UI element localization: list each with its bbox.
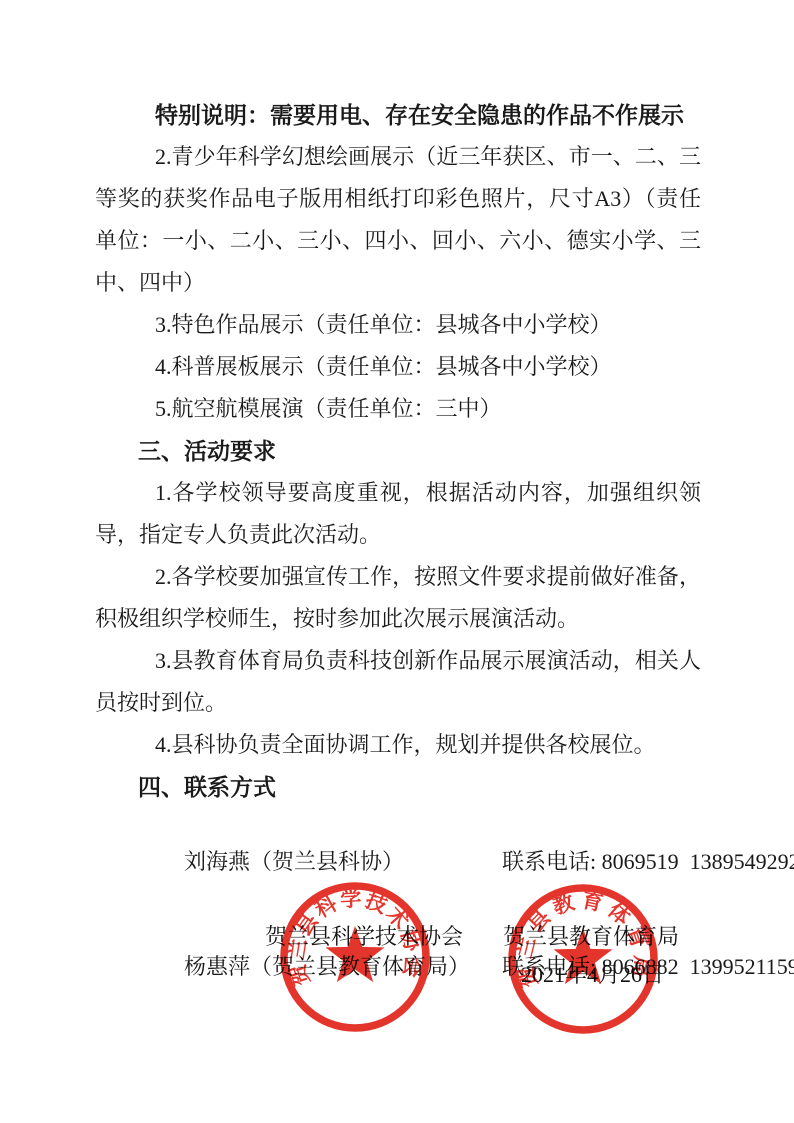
signature-science-association: 贺兰县科学技术协会 — [265, 924, 463, 950]
paragraph-item-2: 2.青少年科学幻想绘画展示（近三年获区、市一、二、三等奖的获奖作品电子版用相纸打… — [95, 136, 701, 304]
signature-date: 2021年4月26日 — [521, 962, 664, 988]
paragraph-requirement-2: 2.各学校要加强宣传工作，按照文件要求提前做好准备，积极组织学校师生，按时参加此… — [95, 556, 701, 640]
paragraph-requirement-1: 1.各学校领导要高度重视，根据活动内容，加强组织领导，指定专人负责此次活动。 — [95, 472, 701, 556]
document-body: 特别说明：需要用电、存在安全隐患的作品不作展示 2.青少年科学幻想绘画展示（近三… — [95, 94, 701, 1019]
section-heading-contact: 四、联系方式 — [95, 766, 701, 808]
signature-education-bureau: 贺兰县教育体育局 — [503, 924, 679, 950]
section-heading-requirements: 三、活动要求 — [95, 430, 701, 472]
contact-name: 刘海燕（贺兰县科协） — [184, 844, 502, 879]
contact-name: 杨惠萍（贺兰县教育体育局） — [184, 949, 502, 984]
paragraph-requirement-4: 4.县科协负责全面协调工作，规划并提供各校展位。 — [95, 724, 701, 766]
paragraph-item-5: 5.航空航模展演（责任单位：三中） — [95, 388, 701, 430]
special-note-heading: 特别说明：需要用电、存在安全隐患的作品不作展示 — [95, 94, 701, 136]
contact-phone: 联系电话: 8069519 13895492929 — [502, 844, 794, 879]
contact-row: 刘海燕（贺兰县科协）联系电话: 8069519 13895492929 — [95, 809, 701, 914]
paragraph-item-3: 3.特色作品展示（责任单位：县城各中小学校） — [95, 304, 701, 346]
document-page: 特别说明：需要用电、存在安全隐患的作品不作展示 2.青少年科学幻想绘画展示（近三… — [0, 0, 794, 1123]
paragraph-requirement-3: 3.县教育体育局负责科技创新作品展示展演活动，相关人员按时到位。 — [95, 640, 701, 724]
paragraph-item-4: 4.科普展板展示（责任单位：县城各中小学校） — [95, 346, 701, 388]
